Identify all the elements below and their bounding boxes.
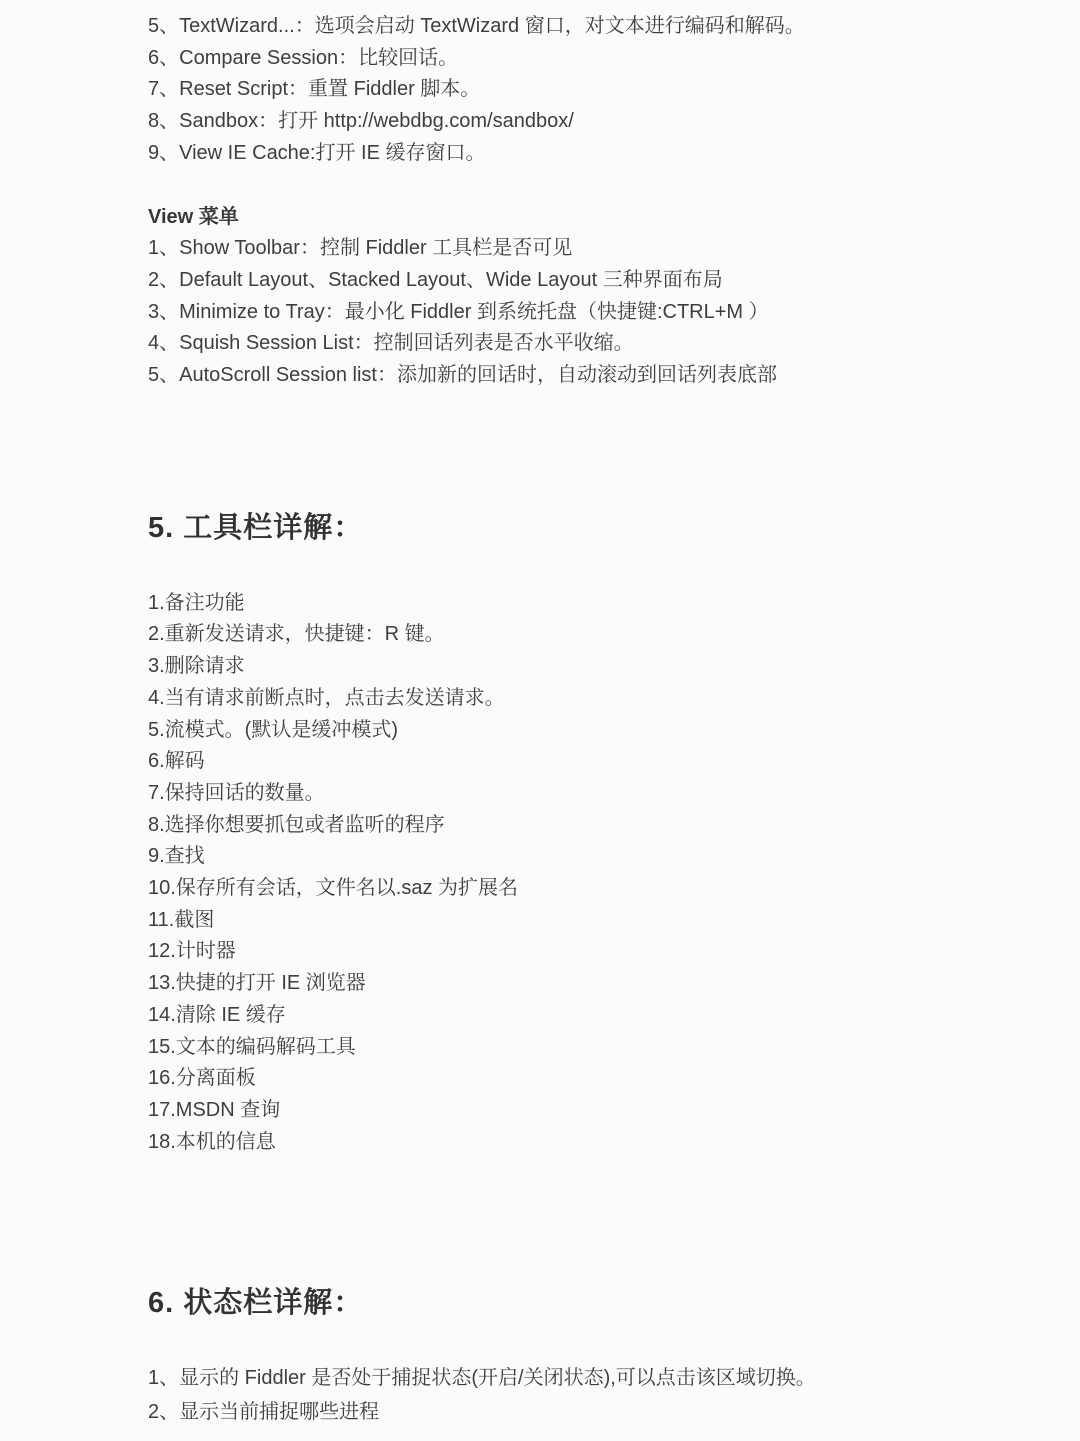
view-menu-list: 1、Show Toolbar：控制 Fiddler 工具栏是否可见 2、Defa… <box>148 233 1040 392</box>
toolbar-item-line: 8.选择你想要抓包或者监听的程序 <box>148 810 1040 842</box>
menu-item-line: 9、View IE Cache:打开 IE 缓存窗口。 <box>148 138 1040 170</box>
toolbar-item-line: 13.快捷的打开 IE 浏览器 <box>148 968 1040 1000</box>
toolbar-section-heading: 5. 工具栏详解： <box>148 509 1040 547</box>
toolbar-item-line: 17.MSDN 查询 <box>148 1095 1040 1127</box>
toolbar-item-line: 14.清除 IE 缓存 <box>148 1000 1040 1032</box>
toolbar-item-line: 1.备注功能 <box>148 588 1040 620</box>
statusbar-item-line: 2、显示当前捕捉哪些进程 <box>148 1395 1040 1429</box>
statusbar-item-line: 1、显示的 Fiddler 是否处于捕捉状态(开启/关闭状态),可以点击该区域切… <box>148 1361 1040 1395</box>
menu-item-line: 3、Minimize to Tray：最小化 Fiddler 到系统托盘（快捷键… <box>148 297 1040 329</box>
menu-item-line: 6、Compare Session：比较回话。 <box>148 43 1040 75</box>
toolbar-item-line: 5.流模式。(默认是缓冲模式) <box>148 715 1040 747</box>
toolbar-item-line: 18.本机的信息 <box>148 1127 1040 1159</box>
toolbar-item-line: 16.分离面板 <box>148 1063 1040 1095</box>
tools-menu-tail-list: 5、TextWizard...：选项会启动 TextWizard 窗口，对文本进… <box>148 11 1040 170</box>
menu-item-line: 4、Squish Session List：控制回话列表是否水平收缩。 <box>148 328 1040 360</box>
menu-item-line: 5、AutoScroll Session list：添加新的回话时，自动滚动到回… <box>148 360 1040 392</box>
toolbar-item-line: 10.保存所有会话，文件名以.saz 为扩展名 <box>148 873 1040 905</box>
toolbar-item-line: 9.查找 <box>148 841 1040 873</box>
menu-item-line: 8、Sandbox：打开 http://webdbg.com/sandbox/ <box>148 106 1040 138</box>
toolbar-item-line: 12.计时器 <box>148 936 1040 968</box>
toolbar-item-line: 3.删除请求 <box>148 651 1040 683</box>
statusbar-items-list: 1、显示的 Fiddler 是否处于捕捉状态(开启/关闭状态),可以点击该区域切… <box>148 1361 1040 1429</box>
menu-item-line: 1、Show Toolbar：控制 Fiddler 工具栏是否可见 <box>148 233 1040 265</box>
toolbar-item-line: 4.当有请求前断点时，点击去发送请求。 <box>148 683 1040 715</box>
menu-item-line: 2、Default Layout、Stacked Layout、Wide Lay… <box>148 265 1040 297</box>
view-menu-heading: View 菜单 <box>148 202 1040 234</box>
statusbar-section-heading: 6. 状态栏详解： <box>148 1284 1040 1322</box>
toolbar-item-line: 6.解码 <box>148 746 1040 778</box>
toolbar-item-line: 15.文本的编码解码工具 <box>148 1032 1040 1064</box>
toolbar-items-list: 1.备注功能 2.重新发送请求，快捷键：R 键。 3.删除请求 4.当有请求前断… <box>148 588 1040 1159</box>
menu-item-line: 5、TextWizard...：选项会启动 TextWizard 窗口，对文本进… <box>148 11 1040 43</box>
document-page: 5、TextWizard...：选项会启动 TextWizard 窗口，对文本进… <box>0 0 1080 1441</box>
menu-item-line: 7、Reset Script：重置 Fiddler 脚本。 <box>148 74 1040 106</box>
toolbar-item-line: 2.重新发送请求，快捷键：R 键。 <box>148 619 1040 651</box>
toolbar-item-line: 7.保持回话的数量。 <box>148 778 1040 810</box>
toolbar-item-line: 11.截图 <box>148 905 1040 937</box>
